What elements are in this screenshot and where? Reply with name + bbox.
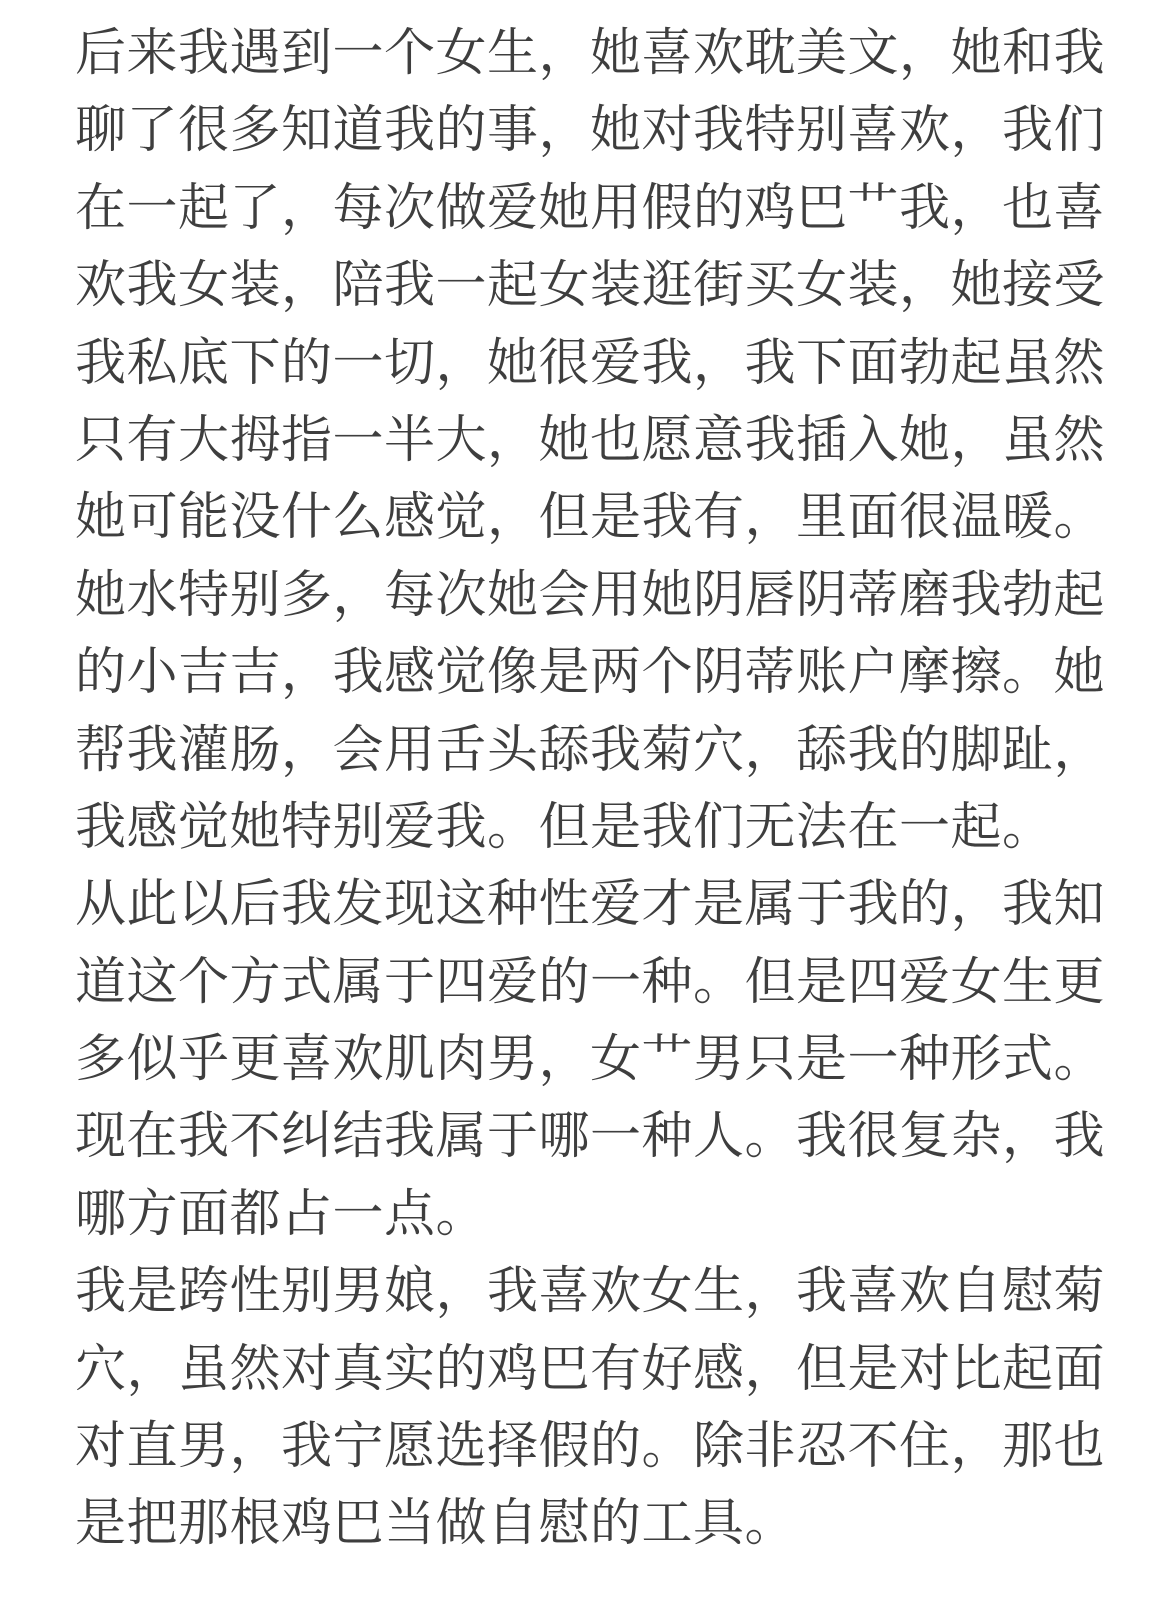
text-line: 聊了很多知道我的事，她对我特别喜欢，我们: [75, 91, 1130, 168]
text-line: 我私底下的一切，她很爱我，我下面勃起虽然: [75, 324, 1130, 401]
text-line: 对直男，我宁愿选择假的。除非忍不住，那也: [75, 1407, 1130, 1484]
text-line: 只有大拇指一半大，她也愿意我插入她，虽然: [75, 401, 1130, 478]
text-line: 在一起了，每次做爱她用假的鸡巴艹我，也喜: [75, 169, 1130, 246]
text-line: 她水特别多，每次她会用她阴唇阴蒂磨我勃起: [75, 556, 1130, 633]
text-line: 我感觉她特别爱我。但是我们无法在一起。: [75, 788, 1130, 865]
page: 后来我遇到一个女生，她喜欢耽美文，她和我聊了很多知道我的事，她对我特别喜欢，我们…: [0, 0, 1170, 1609]
text-line: 帮我灌肠，会用舌头舔我菊穴，舔我的脚趾，: [75, 711, 1130, 788]
text-line: 穴，虽然对真实的鸡巴有好感，但是对比起面: [75, 1330, 1130, 1407]
text-line: 道这个方式属于四爱的一种。但是四爱女生更: [75, 943, 1130, 1020]
text-line: 多似乎更喜欢肌肉男，女艹男只是一种形式。: [75, 1020, 1130, 1097]
text-line: 现在我不纠结我属于哪一种人。我很复杂，我: [75, 1097, 1130, 1174]
text-line: 欢我女装，陪我一起女装逛街买女装，她接受: [75, 246, 1130, 323]
text-line: 的小吉吉，我感觉像是两个阴蒂账户摩擦。她: [75, 633, 1130, 710]
text-line: 我是跨性别男娘，我喜欢女生，我喜欢自慰菊: [75, 1252, 1130, 1329]
document-text: 后来我遇到一个女生，她喜欢耽美文，她和我聊了很多知道我的事，她对我特别喜欢，我们…: [75, 14, 1130, 1562]
text-line: 哪方面都占一点。: [75, 1175, 1130, 1252]
text-line: 是把那根鸡巴当做自慰的工具。: [75, 1484, 1130, 1561]
text-line: 从此以后我发现这种性爱才是属于我的，我知: [75, 865, 1130, 942]
text-line: 她可能没什么感觉，但是我有，里面很温暖。: [75, 478, 1130, 555]
text-line: 后来我遇到一个女生，她喜欢耽美文，她和我: [75, 14, 1130, 91]
